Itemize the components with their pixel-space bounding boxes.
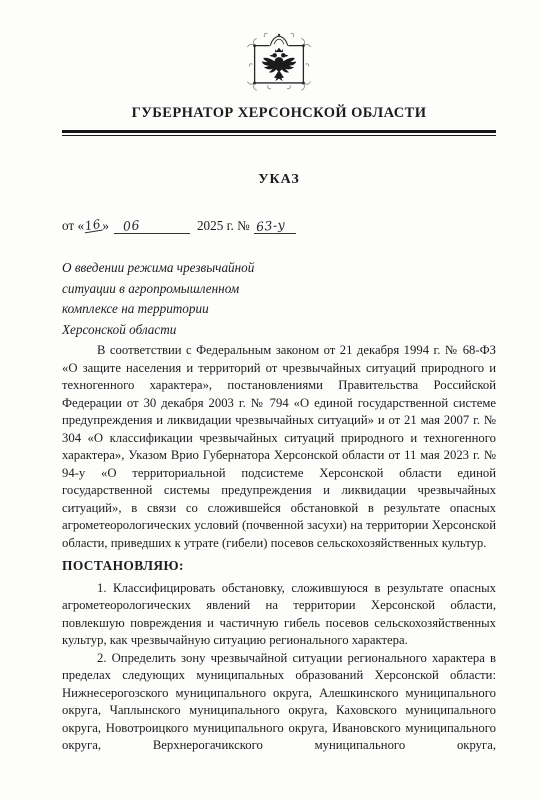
decree-subject: О введении режима чрезвычайной ситуации …: [62, 258, 317, 340]
preamble-paragraph: В соответствии с Федеральным законом от …: [62, 342, 496, 552]
doc-type-title: УКАЗ: [62, 172, 496, 188]
date-close-quote: »: [102, 218, 109, 233]
date-month-blank: 06: [114, 218, 190, 234]
date-number-handwritten: 63-у: [255, 217, 286, 235]
date-prefix: от «: [62, 218, 84, 233]
date-number-blank: 63-у: [254, 218, 296, 234]
decree-page: ГУБЕРНАТОР ХЕРСОНСКОЙ ОБЛАСТИ УКАЗ от «1…: [0, 0, 542, 800]
clause-paragraph-2: 2. Определить зону чрезвычайной ситуации…: [62, 650, 496, 755]
resolution-heading: ПОСТАНОВЛЯЮ:: [62, 557, 496, 575]
date-day-handwritten: 16: [83, 218, 103, 234]
double-headed-eagle-icon: [240, 27, 318, 93]
date-month-handwritten: 06: [122, 217, 140, 233]
date-line: от «16»062025 г. №63-у: [62, 218, 496, 234]
letterhead-divider: [62, 130, 496, 136]
letterhead-title: ГУБЕРНАТОР ХЕРСОНСКОЙ ОБЛАСТИ: [62, 105, 496, 122]
clause-paragraph-1: 1. Классифицировать обстановку, сложившу…: [62, 580, 496, 650]
letterhead-emblem: [62, 27, 496, 93]
date-year-label: 2025 г. №: [197, 218, 250, 233]
